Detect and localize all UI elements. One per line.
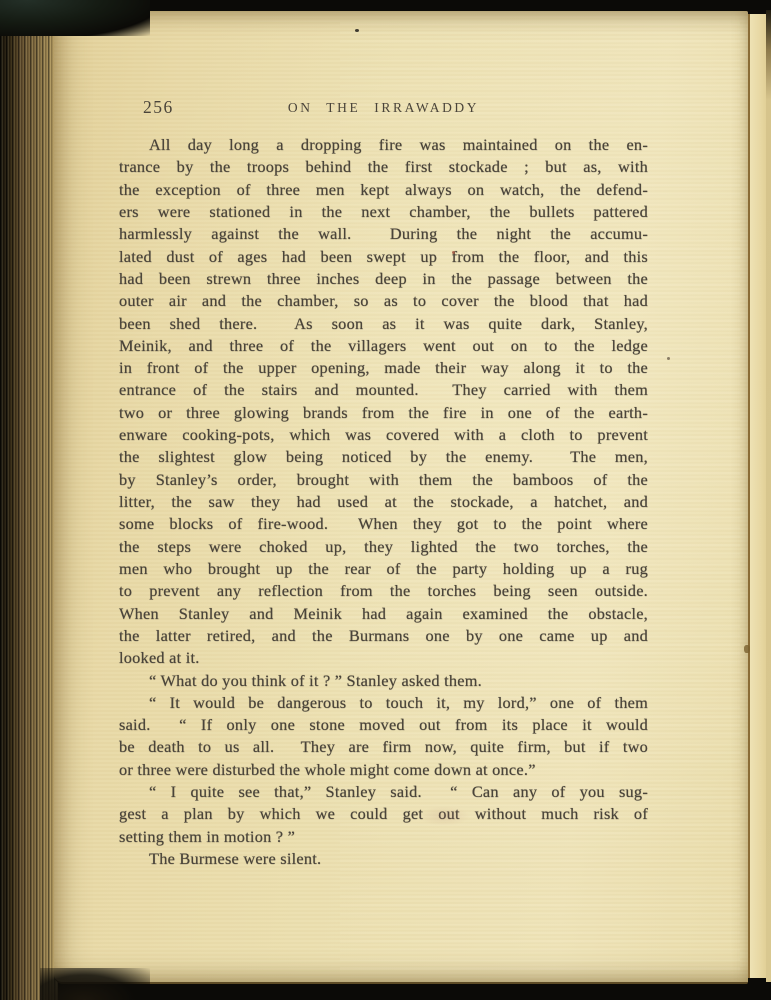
book-scan-viewport: { "page": { "number": "256", "running_ti… [0, 0, 771, 1000]
text-line: in front of the upper opening, made thei… [119, 357, 648, 379]
running-header: 256 ON THE IRRAWADDY [119, 97, 648, 121]
text-line: trance by the troops behind the first st… [119, 156, 648, 178]
text-line: “ What do you think of it ? ” Stanley as… [119, 670, 648, 692]
text-line: litter, the saw they had used at the sto… [119, 491, 648, 513]
text-line: The Burmese were silent. [119, 848, 648, 870]
right-page-stack-edge [766, 10, 771, 982]
text-line: the exception of three men kept always o… [119, 179, 648, 201]
text-line: or three were disturbed the whole might … [119, 759, 648, 781]
text-line: the latter retired, and the Burmans one … [119, 625, 648, 647]
binding-corner-bottom-left [40, 968, 150, 1000]
text-line: be death to us all. They are firm now, q… [119, 736, 648, 758]
text-line: When Stanley and Meinik had again examin… [119, 603, 648, 625]
text-line: entrance of the stairs and mounted. They… [119, 379, 648, 401]
text-line: setting them in motion ? ” [119, 826, 648, 848]
fore-edge-strip [748, 14, 768, 978]
running-title: ON THE IRRAWADDY [119, 100, 648, 116]
text-line: ers were stationed in the next chamber, … [119, 201, 648, 223]
text-line: gest a plan by which we could get out wi… [119, 803, 648, 825]
text-line: some blocks of fire-wood. When they got … [119, 513, 648, 535]
text-line: been shed there. As soon as it was quite… [119, 313, 648, 335]
text-line: “ It would be dangerous to touch it, my … [119, 692, 648, 714]
text-line: men who brought up the rear of the party… [119, 558, 648, 580]
text-line: the slightest glow being noticed by the … [119, 446, 648, 468]
binding-corner-top-left [0, 0, 150, 36]
text-line: outer air and the chamber, so as to cove… [119, 290, 648, 312]
text-line: lated dust of ages had been swept up fro… [119, 246, 648, 268]
text-line: “ I quite see that,” Stanley said. “ Can… [119, 781, 648, 803]
text-line: harmlessly against the wall. During the … [119, 223, 648, 245]
page-text: All day long a dropping fire was maintai… [119, 134, 648, 870]
text-line: looked at it. [119, 647, 648, 669]
text-line: had been strewn three inches deep in the… [119, 268, 648, 290]
book-page-edges-left [0, 4, 58, 1000]
text-line: said. “ If only one stone moved out from… [119, 714, 648, 736]
text-line: All day long a dropping fire was maintai… [119, 134, 648, 156]
text-line: enware cooking-pots, which was covered w… [119, 424, 648, 446]
text-line: to prevent any reflection from the torch… [119, 580, 648, 602]
text-line: the steps were choked up, they lighted t… [119, 536, 648, 558]
text-line: by Stanley’s order, brought with them th… [119, 469, 648, 491]
text-line: Meinik, and three of the villagers went … [119, 335, 648, 357]
text-line: two or three glowing brands from the fir… [119, 402, 648, 424]
